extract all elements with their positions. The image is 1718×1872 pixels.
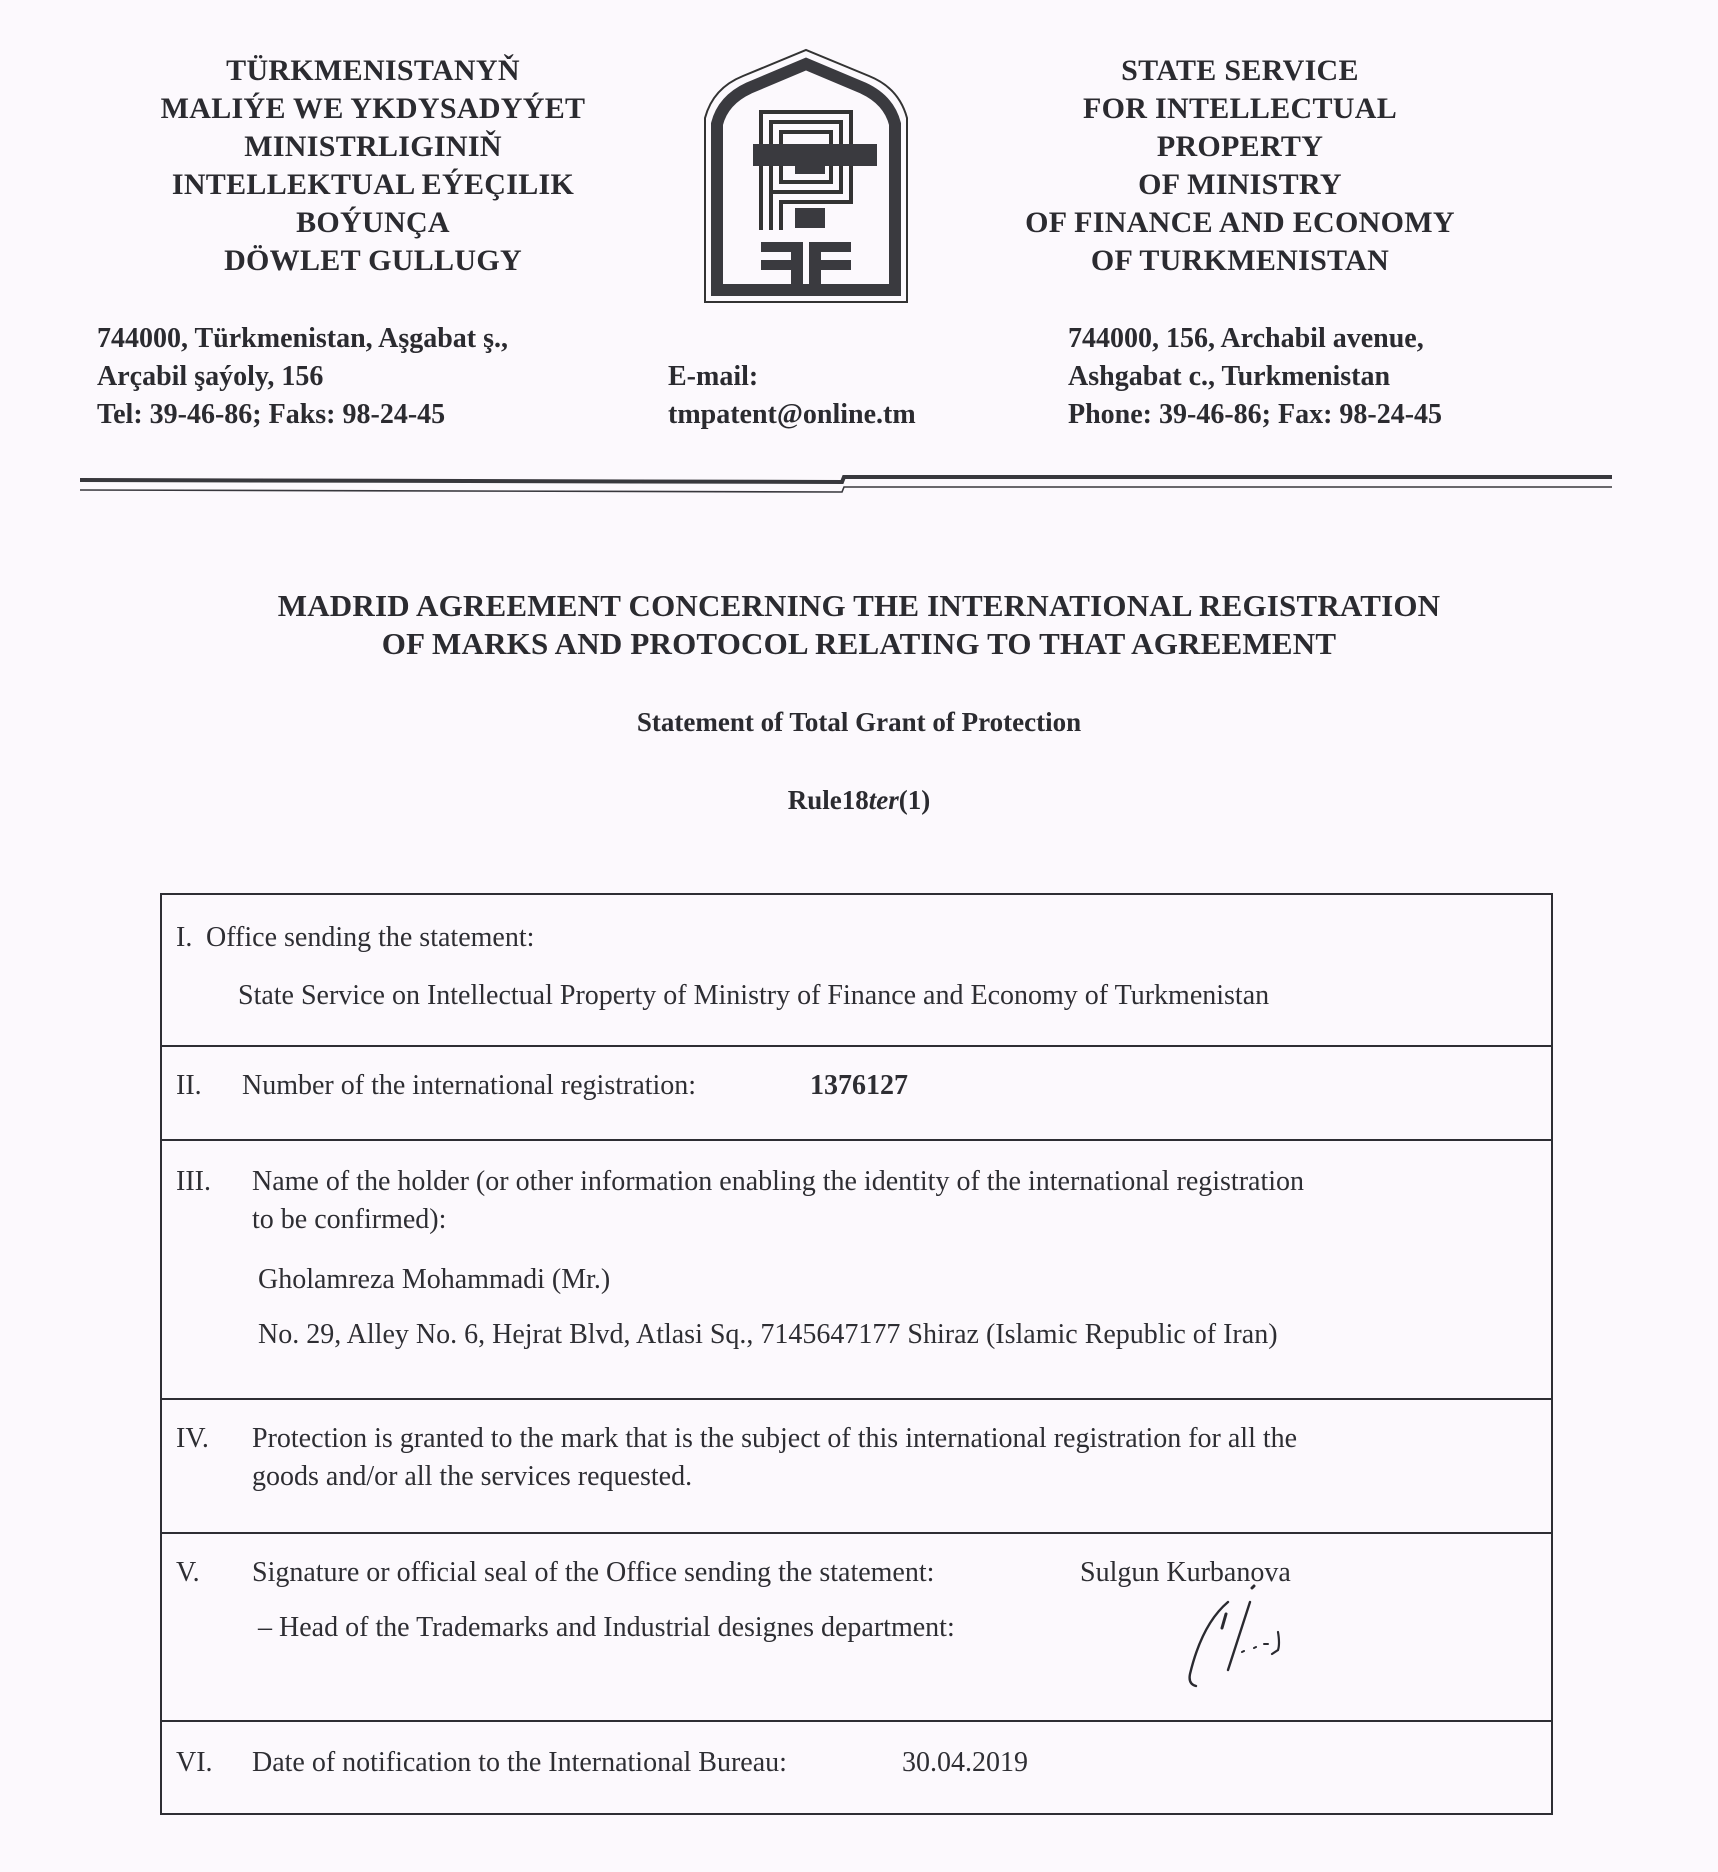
header-right-line: PROPERTY — [965, 128, 1515, 166]
header-turkmen-office-name: TÜRKMENISTANYŇ MALIÝE WE YKDYSADYÝET MIN… — [93, 52, 653, 280]
header-left-line: INTELLEKTUAL EÝEÇILIK — [93, 166, 653, 204]
section-numeral: VI. — [176, 1744, 213, 1782]
section-label: Date of notification to the Internationa… — [252, 1744, 787, 1782]
section-numeral: V. — [176, 1554, 200, 1592]
section-signature: V. Signature or official seal of the Off… — [162, 1532, 1551, 1722]
header-right-line: OF FINANCE AND ECONOMY — [965, 204, 1515, 242]
address-turkmen: 744000, Türkmenistan, Aşgabat ş., Arçabi… — [97, 320, 508, 434]
contact-email: E-mail: tmpatent@online.tm — [668, 358, 916, 434]
section-label: Office sending the statement: — [206, 919, 534, 957]
rule-reference: Rule18ter(1) — [0, 783, 1718, 817]
header-right-line: OF TURKMENISTAN — [965, 242, 1515, 280]
section-label-continued: to be confirmed): — [252, 1201, 446, 1239]
address-line: Phone: 39-46-86; Fax: 98-24-45 — [1068, 396, 1442, 434]
header-right-line: STATE SERVICE — [965, 52, 1515, 90]
address-line: 744000, Türkmenistan, Aşgabat ş., — [97, 320, 508, 358]
document-title: MADRID AGREEMENT CONCERNING THE INTERNAT… — [0, 587, 1718, 663]
handwritten-signature-icon — [1182, 1584, 1302, 1694]
address-line: Ashgabat c., Turkmenistan — [1068, 358, 1442, 396]
holder-address: No. 29, Alley No. 6, Hejrat Blvd, Atlasi… — [258, 1316, 1278, 1354]
holder-name: Gholamreza Mohammadi (Mr.) — [258, 1261, 610, 1299]
notification-date: 30.04.2019 — [902, 1744, 1028, 1782]
address-line: 744000, 156, Archabil avenue, — [1068, 320, 1442, 358]
header-english-office-name: STATE SERVICE FOR INTELLECTUAL PROPERTY … — [965, 52, 1515, 280]
section-label: Name of the holder (or other information… — [252, 1163, 1304, 1201]
section-notification-date: VI. Date of notification to the Internat… — [162, 1720, 1551, 1817]
registration-number: 1376127 — [810, 1067, 908, 1105]
header-left-line: TÜRKMENISTANYŇ — [93, 52, 653, 90]
protection-statement-continued: goods and/or all the services requested. — [252, 1458, 692, 1496]
state-service-emblem-icon — [703, 48, 909, 304]
statement-table: I. Office sending the statement: State S… — [160, 893, 1553, 1815]
section-numeral: II. — [176, 1067, 202, 1105]
document-subtitle: Statement of Total Grant of Protection — [0, 705, 1718, 739]
rule-suffix: (1) — [899, 785, 930, 815]
section-numeral: III. — [176, 1163, 211, 1201]
header-right-line: FOR INTELLECTUAL — [965, 90, 1515, 128]
header-left-line: MALIÝE WE YKDYSADYÝET — [93, 90, 653, 128]
address-line: Arçabil şaýoly, 156 — [97, 358, 508, 396]
address-english: 744000, 156, Archabil avenue, Ashgabat c… — [1068, 320, 1442, 434]
section-label: Number of the international registration… — [242, 1067, 696, 1105]
email-link[interactable]: tmpatent@online.tm — [668, 396, 916, 434]
document-title-line: MADRID AGREEMENT CONCERNING THE INTERNAT… — [0, 587, 1718, 625]
email-label: E-mail: — [668, 358, 916, 396]
rule-italic: ter — [869, 785, 899, 815]
signer-role: – Head of the Trademarks and Industrial … — [258, 1609, 955, 1647]
rule-prefix: Rule18 — [788, 785, 869, 815]
header-left-line: DÖWLET GULLUGY — [93, 242, 653, 280]
section-protection: IV. Protection is granted to the mark th… — [162, 1398, 1551, 1534]
document-title-line: OF MARKS AND PROTOCOL RELATING TO THAT A… — [0, 625, 1718, 663]
section-numeral: I. — [176, 919, 192, 957]
header-left-line: BOÝUNÇA — [93, 204, 653, 242]
address-line: Tel: 39-46-86; Faks: 98-24-45 — [97, 396, 508, 434]
section-registration-number: II. Number of the international registra… — [162, 1045, 1551, 1141]
office-name: State Service on Intellectual Property o… — [238, 977, 1269, 1015]
header-divider — [80, 470, 1612, 500]
section-office: I. Office sending the statement: State S… — [162, 895, 1551, 1045]
header-left-line: MINISTRLIGINIŇ — [93, 128, 653, 166]
section-label: Signature or official seal of the Office… — [252, 1554, 934, 1592]
section-numeral: IV. — [176, 1420, 209, 1458]
header-right-line: OF MINISTRY — [965, 166, 1515, 204]
protection-statement: Protection is granted to the mark that i… — [252, 1420, 1297, 1458]
section-holder: III. Name of the holder (or other inform… — [162, 1139, 1551, 1400]
